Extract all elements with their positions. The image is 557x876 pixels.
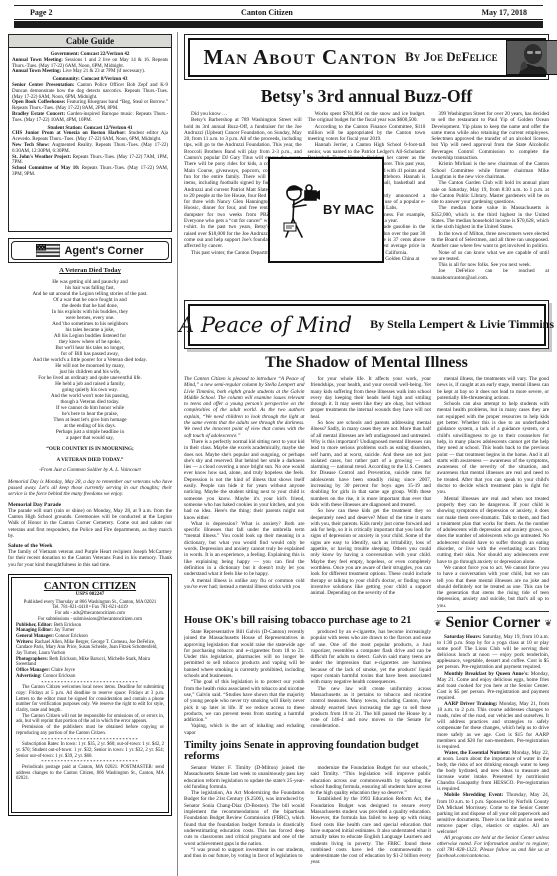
betsy-article: Did you know …Betsy's Barbershop at 789 … [184,111,549,293]
masthead-title: CANTON CITIZEN [16,581,164,592]
salute-text: The family of Vietnam veteran and Purple… [8,549,172,568]
article-paragraph: Schools can also attempt to help student… [437,401,549,495]
article-paragraph: modernize the Foundation Budget for our … [311,765,432,796]
article-paragraph: A mental illness is unlike any flu or co… [184,578,305,591]
poem-title: A Veteran Died Today [8,267,172,274]
us-flag-icon [36,244,60,257]
mental-illness-column-2: for your whole life. It affects your wor… [311,376,432,610]
article-paragraph: produced by an e-cigarette, has become i… [311,629,432,686]
cable-item: CHS Junior Prom at Venezia on Boston Har… [12,131,168,143]
page-header: Page 2 Canton Citizen May 17, 2018 [14,5,543,20]
timilty-headline: Timilty joins Senate in approving founda… [184,740,431,762]
cable-item: Open Book Coffeehouse: Featuring Bluegra… [12,100,168,112]
cable-item: Bradley Estate Concert: Garden-inspired … [12,112,168,124]
article-paragraph: The new law will create uniformity acros… [311,686,432,730]
tobacco-article: State Representative Bill Galvin (D-Cant… [184,629,431,735]
senior-corner-title: Senior Corner [446,614,541,632]
column-banner-title: Man About Canton [204,45,398,70]
article-paragraph: Kristin Mirliani is the new chairman of … [431,161,549,180]
paper-name: Canton Citizen [241,8,293,17]
senior-item: Mobile Shredding Event: Thursday, May 24… [437,792,549,835]
veteran-poem: He was getting old and paunchy andhis ha… [8,279,172,441]
article-paragraph: The Canton Garden Club will hold its ann… [431,180,549,205]
subscription-rates: Subscription Rates: In town: 1 yr. $35, … [16,742,164,759]
cable-item: St. John's Weather Project: Repeats Thur… [12,155,168,167]
mental-illness-columns: The Canton Citizen is pleased to introdu… [184,376,431,610]
peace-of-mind-banner: A Peace of Mind By Stella Lempert & Livi… [184,300,549,349]
cable-item: Annual Town Meeting: Sessions 1 and 2 li… [12,58,168,70]
article-paragraph: Joe DeFelice can be reached at manaboutc… [431,268,549,281]
article-paragraph: for your whole life. It affects your wor… [311,376,432,420]
article-paragraph: 399 Washington Street for over 20 years,… [431,111,549,161]
cable-item: New Tech Show: Augmented Reality. Repeat… [12,143,168,155]
tobacco-column-1: State Representative Bill Galvin (D-Cant… [184,629,305,735]
tobacco-column-2: produced by an e-cigarette, has become i… [311,629,432,735]
article-paragraph: Senator Walter F. Timilty (D-Milton) joi… [184,765,305,790]
senior-corner-header: ❦ Senior Corner ❦ [437,614,549,632]
timilty-column-2: modernize the Foundation Budget for our … [311,765,432,876]
left-column: Cable Guide Government: Comcast 22/Veriz… [8,32,178,876]
main-column: Man About Canton By Joe DeFelice [184,32,549,876]
article-paragraph: Vaping, which is the act of inhaling and… [184,723,305,735]
bottom-right-section: mental illness, the treatments will vary… [437,376,549,876]
agents-corner-title: Agent's Corner [64,245,143,257]
timilty-column-1: Senator Walter F. Timilty (D-Milton) joi… [184,765,305,876]
column-byline: By Joe DeFelice [405,49,498,65]
by-mac-cartoon-inset: BY MAC [268,157,384,263]
timilty-article: Senator Walter F. Timilty (D-Milton) joi… [184,765,431,876]
article-paragraph: According to the Canton Finance Committe… [308,124,426,143]
cable-community-items: Senior Center Presentation: Canton Polic… [12,83,168,124]
postmaster-note: Periodicals postage paid at Canton, MA 0… [16,765,164,782]
agents-corner-banner: Agent's Corner [8,238,172,263]
peace-byline: By Stella Lempert & Livie Timmins [370,317,554,332]
senior-corner-divider [437,611,549,612]
issue-date: May 17, 2018 [481,8,527,17]
article-paragraph: Mental illnesses are real and when not t… [437,496,549,565]
article-paragraph: We cannot force you to act. We cannot fo… [437,565,549,608]
article-paragraph: Works spent $784,864 on the snow and ice… [308,111,426,124]
peace-banner-title: A Peace of Mind [179,313,352,337]
policy-paragraph: The Canton Citizen will not be responsib… [16,714,164,725]
cable-guide-box: Cable Guide Government: Comcast 22/Veriz… [8,34,172,232]
cameraman-cartoon-icon [278,179,320,241]
cable-guide-title: Cable Guide [9,35,171,48]
poem-line: a paper that would say, [8,435,172,441]
policy-paragraph: The Canton Citizen welcomes local news i… [16,685,164,714]
masthead-usps: USPS 002247 [16,592,164,598]
poem-attribution: -From Just a Common Soldier by A. L. Vai… [8,467,172,473]
article-paragraph: So how can these kids get the treatment … [311,508,432,596]
mental-illness-headline: The Shadow of Mental Illness [184,354,549,372]
parade-text: The parade will start (rain or shine) on… [8,508,172,539]
staff-line: Photographers: Beth Erickson, Mike Baruc… [16,657,164,668]
poem-closing-line-1: “OUR COUNTRY IS IN MOURNING; [8,446,172,452]
memorial-day-note: Memorial Day is Monday, May 28, a day to… [8,479,172,498]
poem-closing-line-2: A VETERAN DIED TODAY.” [8,457,172,463]
senior-corner-footer: All programs are held at the Senior Cent… [437,835,549,859]
article-paragraph: In the town of Milton, three newcomers w… [431,231,549,250]
betsy-headline: Betsy's 3rd annual Buzz-Off [184,86,549,107]
masthead-box: CANTON CITIZEN USPS 002247 Published eve… [8,574,172,816]
man-about-canton-banner: Man About Canton By Joe DeFelice [184,34,549,80]
mental-illness-column-3: mental illness, the treatments will vary… [437,376,549,608]
article-paragraph: None of us can know what we are capable … [431,250,549,263]
cable-item: School Committee of May 10: Repeats Thur… [12,166,168,178]
page-number: Page 2 [30,8,52,17]
cable-item: Annual Town Meeting: Live May 21 & 23 at… [12,69,168,75]
floral-ornament-icon: ❦ [544,618,552,629]
floral-ornament-icon: ❦ [434,618,442,629]
cable-student-items: CHS Junior Prom at Venezia on Boston Har… [12,131,168,177]
article-paragraph: “I was proud to support investment in ou… [184,847,305,860]
cable-item: Senior Center Presentation: Canton Polic… [12,83,168,100]
article-paragraph: Established by the 1993 Education Reform… [311,796,432,865]
senior-item: Water, the Essential Nutrient: Monday, M… [437,750,549,793]
staff-line: Writers: Rachael Allen, Mike Berger, Geo… [16,640,164,657]
tobacco-headline: House OK's bill raising tobacco purchase… [184,615,431,626]
article-paragraph: “The goal of this legislation is to prot… [184,679,305,723]
article-paragraph: mental illness, the treatments will vary… [437,376,549,401]
cable-government-items: Annual Town Meeting: Sessions 1 and 2 li… [12,58,168,75]
betsy-column-3: 399 Washington Street for over 20 years,… [431,111,549,293]
masthead-policies: The Canton Citizen welcomes local news i… [16,685,164,736]
column-intro: The Canton Citizen is pleased to introdu… [184,376,305,439]
header-rule-bar [14,21,543,28]
article-paragraph: What is depression? What is anxiety? Bot… [184,521,305,578]
policy-paragraph: Permission of the publishers must be obt… [16,725,164,736]
newspaper-page: Page 2 Canton Citizen May 17, 2018 Cable… [0,0,557,876]
senior-item: Monthly Breakfast by Queen Anne's: Monda… [437,671,549,701]
senior-corner-body: Saturday Hours: Saturday, May 19, from 1… [437,634,549,876]
columnist-photo [506,40,557,75]
senior-item: AARP Driver Training: Monday, May 21, fr… [437,701,549,750]
article-paragraph: State Representative Bill Galvin (D-Cant… [184,629,305,679]
article-paragraph: There is a perfectly normal kid sitting … [184,439,305,521]
masthead-staff-list: Publisher, Editor: Beth EricksonManaging… [16,623,164,680]
article-paragraph: So how are schools and parents addressin… [311,420,432,508]
bottom-left-section: The Canton Citizen is pleased to introdu… [184,376,431,876]
mental-illness-column-1: The Canton Citizen is pleased to introdu… [184,376,305,610]
article-paragraph: The legislation, An Act Modernizing the … [184,790,305,847]
article-paragraph: The median home value in Massachusetts i… [431,205,549,230]
senior-item: Saturday Hours: Saturday, May 19, from 1… [437,634,549,671]
by-mac-label: BY MAC [323,207,374,213]
